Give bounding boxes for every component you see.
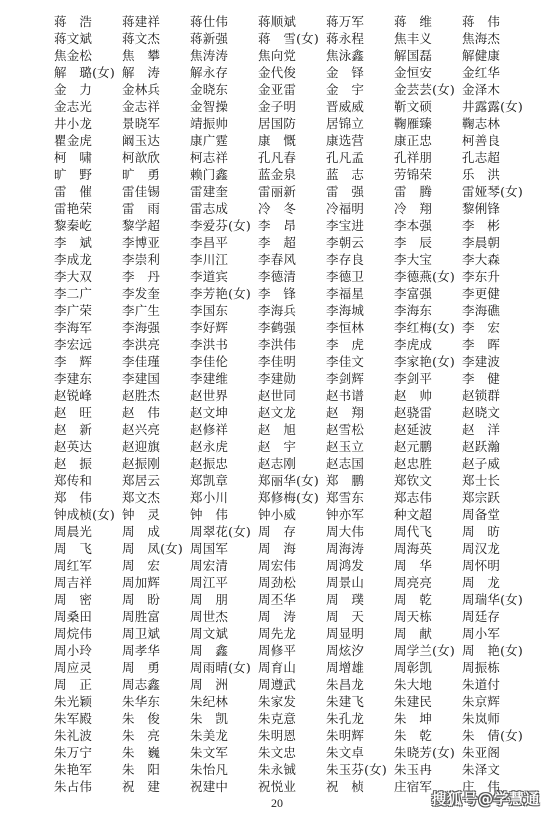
name-cell: 孔志超: [462, 149, 530, 166]
name-cell: 周卫斌: [122, 625, 190, 642]
name-cell: 周应灵: [54, 659, 122, 676]
name-cell: 朱艳军: [54, 761, 122, 778]
name-cell: 周彰凯: [394, 659, 462, 676]
name-cell: 黎学超: [122, 217, 190, 234]
name-cell: 郑 鹏: [326, 472, 394, 489]
name-cell: 居锦立: [326, 115, 394, 132]
name-row: 周吉祥周加辉周江平周劲松周景山周亮亮周 龙: [54, 574, 530, 591]
name-row: 蒋 浩蒋建祥蒋仕伟蒋顺斌蒋万军蒋 维蒋 伟: [54, 13, 530, 30]
name-cell: 金林兵: [122, 81, 190, 98]
name-cell: 朱孔龙: [326, 710, 394, 727]
name-cell: 周 乾: [394, 591, 462, 608]
name-row: 李海军李海强李好辉李鹤强李恒林李红梅(女)李 宏: [54, 319, 530, 336]
name-cell: 周国军: [190, 540, 258, 557]
name-cell: 李建勋: [258, 370, 326, 387]
name-cell: 祝 建: [122, 778, 190, 795]
name-cell: 李广生: [122, 302, 190, 319]
name-cell: 李大森: [462, 251, 530, 268]
name-row: 周小玲周孝华周 鑫周修平周炫汐周学兰(女)周 艳(女): [54, 642, 530, 659]
name-cell: 钟 灵: [122, 506, 190, 523]
name-cell: 周 艳(女): [462, 642, 530, 659]
name-cell: 李剑平: [394, 370, 462, 387]
name-cell: 靖振帅: [190, 115, 258, 132]
name-cell: 朱军殿: [54, 710, 122, 727]
name-row: 柯 啸柯歆欣柯志祥孔凡春孔凡孟孔祥朋孔志超: [54, 149, 530, 166]
name-cell: 周 飞: [54, 540, 122, 557]
name-cell: 周备堂: [462, 506, 530, 523]
name-cell: 朱家发: [258, 693, 326, 710]
name-cell: 李 昂: [258, 217, 326, 234]
name-cell: 李建东: [54, 370, 122, 387]
name-cell: 赵雪松: [326, 421, 394, 438]
name-cell: 郑钦文: [394, 472, 462, 489]
name-cell: 郑文杰: [122, 489, 190, 506]
name-cell: 朱建飞: [326, 693, 394, 710]
name-cell: 雷 强: [326, 183, 394, 200]
name-cell: 周海涛: [326, 540, 394, 557]
name-cell: 李博亚: [122, 234, 190, 251]
name-cell: 周 龙: [462, 574, 530, 591]
name-cell: 李福星: [326, 285, 394, 302]
name-cell: 郑丽华(女): [258, 472, 326, 489]
name-cell: 李海礁: [462, 302, 530, 319]
name-cell: 劳锦荣: [394, 166, 462, 183]
name-row: 旷 野旷 勇赖门鑫蓝金泉蓝 志劳锦荣乐 洪: [54, 166, 530, 183]
name-cell: 朱岚师: [462, 710, 530, 727]
name-cell: 李本强: [394, 217, 462, 234]
name-cell: 金智操: [190, 98, 258, 115]
name-cell: 周天栋: [394, 608, 462, 625]
name-cell: 朱 乾: [394, 727, 462, 744]
name-cell: 蒋 雪(女): [258, 30, 326, 47]
name-cell: 周振栋: [462, 659, 530, 676]
name-cell: 赵永虎: [190, 438, 258, 455]
name-cell: 赵 旺: [54, 404, 122, 421]
name-cell: 李德燕(女): [394, 268, 462, 285]
name-cell: 朱泽文: [462, 761, 530, 778]
name-cell: 李宏远: [54, 336, 122, 353]
name-cell: 朱晓芳(女): [394, 744, 462, 761]
name-cell: 周宏伟: [258, 557, 326, 574]
name-cell: 孔凡孟: [326, 149, 394, 166]
name-cell: 郑传和: [54, 472, 122, 489]
name-cell: 李洪书: [190, 336, 258, 353]
name-cell: 李 辰: [394, 234, 462, 251]
name-cell: 周晨光: [54, 523, 122, 540]
name-cell: 周红军: [54, 557, 122, 574]
name-cell: 朱永铖: [258, 761, 326, 778]
name-cell: 李 斌: [54, 234, 122, 251]
name-cell: 赵晓文: [462, 404, 530, 421]
name-cell: 黎俐锋: [462, 200, 530, 217]
name-row: 周桑田周胜富周世杰周 涛周 天周天栋周廷存: [54, 608, 530, 625]
name-cell: 周 存: [258, 523, 326, 540]
name-cell: 周鸿发: [326, 557, 394, 574]
name-row: 周晨光周 成周翠花(女)周 存周大伟周代飞周 昉: [54, 523, 530, 540]
name-cell: 李德清: [258, 268, 326, 285]
name-cell: 朱 俊: [122, 710, 190, 727]
name-cell: 周修平: [258, 642, 326, 659]
name-cell: 赵忠胜: [394, 455, 462, 472]
name-cell: 赵修祥: [190, 421, 258, 438]
name-cell: 康正忠: [394, 132, 462, 149]
name-cell: 蓝 志: [326, 166, 394, 183]
name-cell: 赵志国: [326, 455, 394, 472]
name-cell: 乐 洪: [462, 166, 530, 183]
name-cell: 蒋文杰: [122, 30, 190, 47]
name-cell: 赵锐峰: [54, 387, 122, 404]
name-cell: 朱克意: [258, 710, 326, 727]
name-cell: 郑 伟: [54, 489, 122, 506]
name-cell: 李存良: [326, 251, 394, 268]
name-cell: 李二广: [54, 285, 122, 302]
name-cell: 李宝进: [326, 217, 394, 234]
name-cell: 李好辉: [190, 319, 258, 336]
name-cell: 赵文坤: [190, 404, 258, 421]
name-cell: 李发奎: [122, 285, 190, 302]
name-cell: 李大双: [54, 268, 122, 285]
name-cell: 金子明: [258, 98, 326, 115]
name-cell: 周小军: [462, 625, 530, 642]
name-cell: 赵 旭: [258, 421, 326, 438]
name-cell: 雷 腾: [394, 183, 462, 200]
name-cell: 李 超: [258, 234, 326, 251]
name-cell: 周 鑫: [190, 642, 258, 659]
name-cell: 雷志成: [190, 200, 258, 217]
name-cell: 解国磊: [394, 47, 462, 64]
name-cell: 柯 啸: [54, 149, 122, 166]
name-cell: 周江平: [190, 574, 258, 591]
name-cell: 赵兴亮: [122, 421, 190, 438]
name-cell: 周文斌: [190, 625, 258, 642]
name-cell: 李海城: [326, 302, 394, 319]
name-cell: 鞠志林: [462, 115, 530, 132]
name-cell: 赵胜杰: [122, 387, 190, 404]
name-cell: 李晨朝: [462, 234, 530, 251]
name-cell: 赵振刚: [122, 455, 190, 472]
name-cell: 钟成桢(女): [54, 506, 122, 523]
name-cell: 李家艳(女): [394, 353, 462, 370]
name-row: 蒋文斌蒋文杰蒋新强蒋 雪(女)蒋永程焦丰义焦海杰: [54, 30, 530, 47]
name-row: 朱万宁朱 巍朱文军朱文忠朱文卓朱晓芳(女)朱亚阁: [54, 744, 530, 761]
name-cell: 周显明: [326, 625, 394, 642]
name-cell: 李朝云: [326, 234, 394, 251]
name-cell: 祝建中: [190, 778, 258, 795]
name-cell: 李成龙: [54, 251, 122, 268]
name-cell: 周增雄: [326, 659, 394, 676]
name-cell: 旷 勇: [122, 166, 190, 183]
name-row: 周红军周 宏周宏清周宏伟周鸿发周 华周怀明: [54, 557, 530, 574]
name-cell: 康 慨: [258, 132, 326, 149]
name-cell: 赵 振: [54, 455, 122, 472]
name-cell: 焦丰义: [394, 30, 462, 47]
name-cell: 蓝金泉: [258, 166, 326, 183]
name-cell: 焦海杰: [462, 30, 530, 47]
name-cell: 赵延波: [394, 421, 462, 438]
name-cell: 李富强: [394, 285, 462, 302]
name-cell: 李海军: [54, 319, 122, 336]
watermark: 搜狐号@学慧通: [431, 788, 540, 809]
name-cell: 赵子威: [462, 455, 530, 472]
name-cell: 康选营: [326, 132, 394, 149]
name-cell: 周 璞: [326, 591, 394, 608]
name-cell: 金 力: [54, 81, 122, 98]
name-cell: 朱文卓: [326, 744, 394, 761]
name-cell: 井露露(女): [462, 98, 530, 115]
name-row: 朱军殿朱 俊朱 凯朱克意朱孔龙朱 坤朱岚师: [54, 710, 530, 727]
name-cell: 朱 凯: [190, 710, 258, 727]
name-row: 赵 振赵振刚赵振忠赵志刚赵志国赵忠胜赵子威: [54, 455, 530, 472]
name-cell: 郑士长: [462, 472, 530, 489]
name-cell: 雷 雨: [122, 200, 190, 217]
name-cell: 周先龙: [258, 625, 326, 642]
name-cell: 周宏清: [190, 557, 258, 574]
name-cell: 钟 伟: [190, 506, 258, 523]
name-cell: 朱 倩(女): [462, 727, 530, 744]
name-cell: 李 虎: [326, 336, 394, 353]
name-cell: 孔祥朋: [394, 149, 462, 166]
name-cell: 李 健: [462, 370, 530, 387]
name-cell: 周翠花(女): [190, 523, 258, 540]
name-cell: 李春风: [258, 251, 326, 268]
name-cell: 周怀明: [462, 557, 530, 574]
name-cell: 李洪伟: [258, 336, 326, 353]
name-cell: 李更健: [462, 285, 530, 302]
name-cell: 赵元鹏: [394, 438, 462, 455]
name-cell: 周加辉: [122, 574, 190, 591]
name-cell: 朱文忠: [258, 744, 326, 761]
name-cell: 李 彬: [462, 217, 530, 234]
name-row: 瞿金虎阚玉达康广霆康 慨康选营康正忠柯善良: [54, 132, 530, 149]
name-cell: 钟小威: [258, 506, 326, 523]
name-cell: 李建维: [190, 370, 258, 387]
name-row: 朱礼波朱 亮朱美龙朱明恩朱明辉朱 乾朱 倩(女): [54, 727, 530, 744]
name-cell: 柯善良: [462, 132, 530, 149]
name-cell: 周 海: [258, 540, 326, 557]
name-cell: 赵锁群: [462, 387, 530, 404]
name-cell: 周 正: [54, 676, 122, 693]
name-cell: 朱华东: [122, 693, 190, 710]
name-cell: 赵 伟: [122, 404, 190, 421]
name-cell: 李国东: [190, 302, 258, 319]
name-cell: 周 华: [394, 557, 462, 574]
name-cell: 晋威威: [326, 98, 394, 115]
name-cell: 蒋建祥: [122, 13, 190, 30]
name-cell: 阚玉达: [122, 132, 190, 149]
name-cell: 赵振忠: [190, 455, 258, 472]
name-cell: 李 丹: [122, 268, 190, 285]
name-cell: 周劲松: [258, 574, 326, 591]
name-cell: 李洪亮: [122, 336, 190, 353]
name-cell: 周汉龙: [462, 540, 530, 557]
name-cell: 焦金松: [54, 47, 122, 64]
name-cell: 周 宏: [122, 557, 190, 574]
name-cell: 蒋顺斌: [258, 13, 326, 30]
name-cell: 郑居云: [122, 472, 190, 489]
name-cell: 旷 野: [54, 166, 122, 183]
name-cell: 赵志刚: [258, 455, 326, 472]
name-cell: 金晓东: [190, 81, 258, 98]
name-cell: 李道宾: [190, 268, 258, 285]
name-cell: 李昌平: [190, 234, 258, 251]
name-cell: 周烷伟: [54, 625, 122, 642]
name-cell: 蒋文斌: [54, 30, 122, 47]
name-cell: 朱昌龙: [326, 676, 394, 693]
name-cell: 祝 桢: [326, 778, 394, 795]
name-cell: 李 宏: [462, 319, 530, 336]
name-cell: 朱玉芬(女): [326, 761, 394, 778]
name-row: 焦金松焦 攀焦涛涛焦向党焦泳鑫解国磊解健康: [54, 47, 530, 64]
name-row: 李建东李建国李建维李建勋李剑辉李剑平李 健: [54, 370, 530, 387]
name-cell: 景晓军: [122, 115, 190, 132]
name-cell: 周小玲: [54, 642, 122, 659]
name-cell: 雷丽新: [258, 183, 326, 200]
name-cell: 蒋 伟: [462, 13, 530, 30]
name-cell: 周遵武: [258, 676, 326, 693]
name-cell: 金芸芸(女): [394, 81, 462, 98]
name-cell: 李 锋: [258, 285, 326, 302]
name-row: 周 正周志鑫周 洲周遵武朱昌龙朱大地朱道付: [54, 676, 530, 693]
name-cell: 周 密: [54, 591, 122, 608]
name-cell: 周 成: [122, 523, 190, 540]
name-cell: 周 天: [326, 608, 394, 625]
name-cell: 李崇利: [122, 251, 190, 268]
name-cell: 蒋 浩: [54, 13, 122, 30]
name-cell: 柯志祥: [190, 149, 258, 166]
name-cell: 周学兰(女): [394, 642, 462, 659]
name-row: 李成龙李崇利李川江李春风李存良李大宝李大森: [54, 251, 530, 268]
name-cell: 李红梅(女): [394, 319, 462, 336]
name-cell: 金 宇: [326, 81, 394, 98]
name-cell: 蒋万军: [326, 13, 394, 30]
name-cell: 种文超: [394, 506, 462, 523]
name-row: 郑 伟郑文杰郑小川郑修梅(女)郑雪东郑志伟郑宗跃: [54, 489, 530, 506]
name-row: 郑传和郑居云郑凯章郑丽华(女)郑 鹏郑钦文郑士长: [54, 472, 530, 489]
name-row: 李 斌李博亚李昌平李 超李朝云李 辰李晨朝: [54, 234, 530, 251]
name-cell: 井小龙: [54, 115, 122, 132]
name-cell: 金 铎: [326, 64, 394, 81]
name-cell: 赵世同: [258, 387, 326, 404]
name-cell: 郑修梅(女): [258, 489, 326, 506]
name-cell: 李海东: [394, 302, 462, 319]
name-cell: 朱占伟: [54, 778, 122, 795]
name-cell: 李爱芬(女): [190, 217, 258, 234]
name-cell: 周吉祥: [54, 574, 122, 591]
name-cell: 李佳伦: [190, 353, 258, 370]
name-cell: 鞠雁臻: [394, 115, 462, 132]
name-cell: 周 献: [394, 625, 462, 642]
name-cell: 周 朋: [190, 591, 258, 608]
name-cell: 冷福明: [326, 200, 394, 217]
name-cell: 朱 巍: [122, 744, 190, 761]
name-cell: 黎秦屹: [54, 217, 122, 234]
name-cell: 郑雪东: [326, 489, 394, 506]
name-cell: 朱文军: [190, 744, 258, 761]
name-cell: 朱京辉: [462, 693, 530, 710]
name-cell: 李佳明: [258, 353, 326, 370]
name-cell: 解 璐(女): [54, 64, 122, 81]
name-cell: 李大宝: [394, 251, 462, 268]
name-row: 朱艳军朱 阳朱怡凡朱永铖朱玉芬(女)朱玉冉朱泽文: [54, 761, 530, 778]
name-cell: 朱 亮: [122, 727, 190, 744]
name-cell: 朱玉冉: [394, 761, 462, 778]
name-cell: 朱亚阁: [462, 744, 530, 761]
name-cell: 周世杰: [190, 608, 258, 625]
name-cell: 金恒安: [394, 64, 462, 81]
name-row: 李大双李 丹李道宾李德清李德卫李德燕(女)李东升: [54, 268, 530, 285]
name-cell: 冷 翔: [394, 200, 462, 217]
name-cell: 解健康: [462, 47, 530, 64]
name-cell: 李恒林: [326, 319, 394, 336]
name-cell: 朱大地: [394, 676, 462, 693]
name-cell: 朱道付: [462, 676, 530, 693]
name-cell: 雷建奎: [190, 183, 258, 200]
name-cell: 居国防: [258, 115, 326, 132]
name-cell: 柯歆欣: [122, 149, 190, 166]
name-cell: 赵世界: [190, 387, 258, 404]
name-cell: 周丕华: [258, 591, 326, 608]
name-cell: 朱明辉: [326, 727, 394, 744]
name-cell: 孔凡春: [258, 149, 326, 166]
name-cell: 金志祥: [122, 98, 190, 115]
name-cell: 周廷存: [462, 608, 530, 625]
name-cell: 朱光颖: [54, 693, 122, 710]
name-cell: 周亮亮: [394, 574, 462, 591]
name-cell: 李 辉: [54, 353, 122, 370]
name-cell: 解 涛: [122, 64, 190, 81]
name-cell: 朱建民: [394, 693, 462, 710]
name-cell: 周雨晴(女): [190, 659, 258, 676]
name-cell: 雷娅琴(女): [462, 183, 530, 200]
name-row: 李 辉李佳瑾李佳伦李佳明李佳文李家艳(女)李建波: [54, 353, 530, 370]
name-cell: 李佳瑾: [122, 353, 190, 370]
name-cell: 周孝华: [122, 642, 190, 659]
name-cell: 金泽木: [462, 81, 530, 98]
name-cell: 周瑞华(女): [462, 591, 530, 608]
name-cell: 李海兵: [258, 302, 326, 319]
name-cell: 郑志伟: [394, 489, 462, 506]
name-cell: 李广荣: [54, 302, 122, 319]
name-cell: 金志光: [54, 98, 122, 115]
name-row: 黎秦屹黎学超李爱芬(女)李 昂李宝进李本强李 彬: [54, 217, 530, 234]
name-cell: 赵 宇: [258, 438, 326, 455]
name-cell: 焦泳鑫: [326, 47, 394, 64]
name-cell: 赵 帅: [394, 387, 462, 404]
name-cell: 李建波: [462, 353, 530, 370]
name-row: 周应灵周 勇周雨晴(女)周育山周增雄周彰凯周振栋: [54, 659, 530, 676]
name-cell: 周海英: [394, 540, 462, 557]
name-cell: 祝悦业: [258, 778, 326, 795]
name-cell: 焦涛涛: [190, 47, 258, 64]
name-cell: 李虎成: [394, 336, 462, 353]
name-row: 李二广李发奎李芳艳(女)李 锋李福星李富强李更健: [54, 285, 530, 302]
name-cell: 周 凤(女): [122, 540, 190, 557]
name-cell: 周大伟: [326, 523, 394, 540]
name-cell: 李德卫: [326, 268, 394, 285]
name-cell: 朱 坤: [394, 710, 462, 727]
name-cell: 雷佳锡: [122, 183, 190, 200]
name-cell: 李芳艳(女): [190, 285, 258, 302]
name-cell: 李剑辉: [326, 370, 394, 387]
name-cell: 赵书谱: [326, 387, 394, 404]
name-cell: 冷 冬: [258, 200, 326, 217]
name-row: 雷 催雷佳锡雷建奎雷丽新雷 强雷 腾雷娅琴(女): [54, 183, 530, 200]
name-cell: 朱 阳: [122, 761, 190, 778]
name-cell: 郑宗跃: [462, 489, 530, 506]
name-cell: 朱明恩: [258, 727, 326, 744]
name-list-table: 蒋 浩蒋建祥蒋仕伟蒋顺斌蒋万军蒋 维蒋 伟蒋文斌蒋文杰蒋新强蒋 雪(女)蒋永程焦…: [54, 13, 530, 795]
name-cell: 周育山: [258, 659, 326, 676]
